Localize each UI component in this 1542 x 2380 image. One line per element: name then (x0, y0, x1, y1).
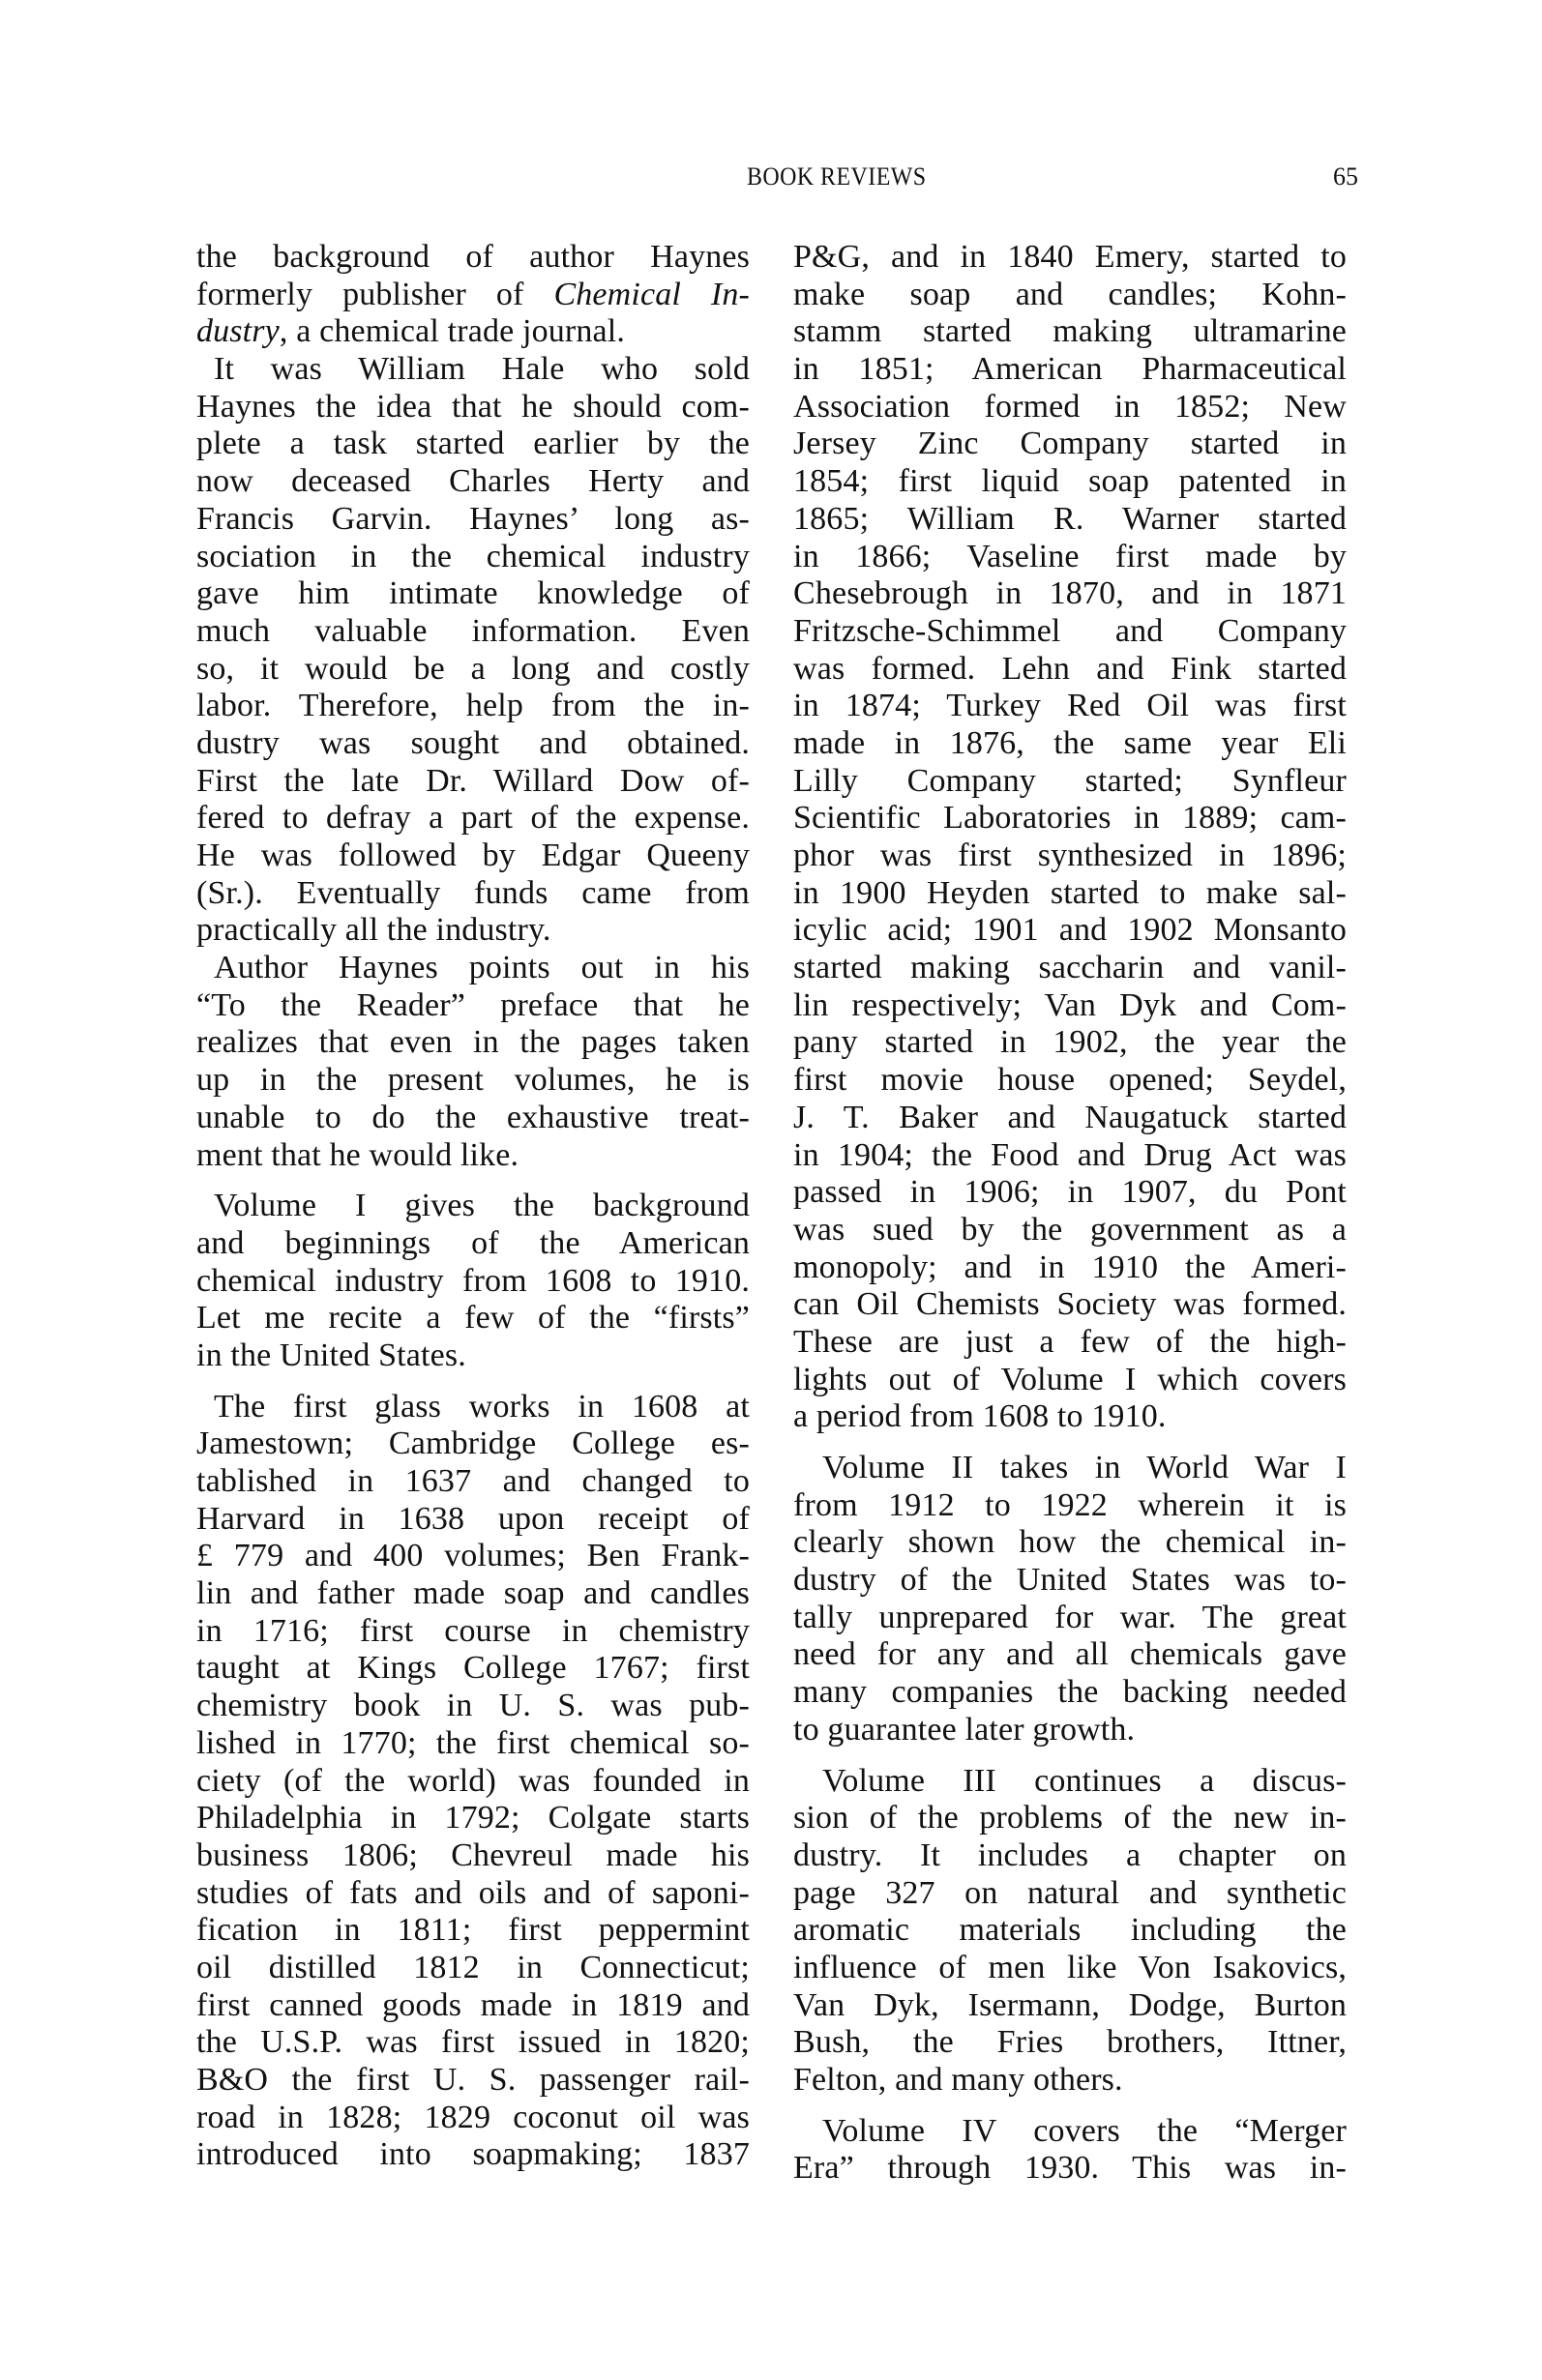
text-line: Era” through 1930. This was in- (793, 2150, 1347, 2188)
text-line: formerly publisher of Chemical In- (196, 277, 750, 314)
text-line: Fritzsche-Schimmel and Company (793, 613, 1347, 651)
text-line: Jersey Zinc Company started in (793, 426, 1347, 463)
text-line: first canned goods made in 1819 and (196, 1987, 750, 2025)
page-number: 65 (1333, 162, 1358, 191)
text-line: ciety (of the world) was founded in (196, 1763, 750, 1801)
text-line: road in 1828; 1829 coconut oil was (196, 2100, 750, 2137)
text-line: stamm started making ultramarine (793, 313, 1347, 351)
text-line: These are just a few of the high- (793, 1324, 1347, 1362)
text-line: made in 1876, the same year Eli (793, 725, 1347, 763)
paragraph-volume-three: Volume III continues a discus- sion of t… (793, 1763, 1347, 2100)
text-line: in the United States. (196, 1337, 750, 1375)
text-run: formerly publisher of (196, 277, 553, 312)
text-line: introduced into soapmaking; 1837 (196, 2136, 750, 2174)
text-line: Chesebrough in 1870, and in 1871 (793, 575, 1347, 613)
text-line: icylic acid; 1901 and 1902 Monsanto (793, 912, 1347, 950)
text-line: Volume IV covers the “Merger (793, 2113, 1347, 2151)
text-line: gave him intimate knowledge of (196, 575, 750, 613)
text-line: phor was first synthesized in 1896; (793, 837, 1347, 875)
text-line: Haynes the idea that he should com- (196, 389, 750, 426)
text-line: many companies the backing needed (793, 1674, 1347, 1712)
text-run: , a chemical trade journal. (280, 313, 625, 349)
text-line: It was William Hale who sold (196, 351, 750, 389)
text-line: the background of author Haynes (196, 239, 750, 277)
text-line: in 1851; American Pharmaceutical (793, 351, 1347, 389)
text-line: from 1912 to 1922 wherein it is (793, 1487, 1347, 1525)
text-line: page 327 on natural and synthetic (793, 1875, 1347, 1913)
text-line: in 1904; the Food and Drug Act was (793, 1137, 1347, 1175)
text-line: Volume III continues a discus- (793, 1763, 1347, 1801)
text-line: in 1716; first course in chemistry (196, 1613, 750, 1651)
text-line: clearly shown how the chemical in- (793, 1524, 1347, 1562)
text-line: Van Dyk, Isermann, Dodge, Burton (793, 1987, 1347, 2025)
text-line: Philadelphia in 1792; Colgate starts (196, 1800, 750, 1837)
text-line: business 1806; Chevreul made his (196, 1837, 750, 1875)
paragraph-william-hale: It was William Hale who sold Haynes the … (196, 351, 750, 950)
text-line: “To the Reader” preface that he (196, 987, 750, 1025)
text-line: practically all the industry. (196, 912, 750, 950)
journal-title-italic: Chemical In- (553, 277, 750, 312)
text-line: and beginnings of the American (196, 1225, 750, 1263)
text-line: ment that he would like. (196, 1137, 750, 1175)
text-line: lin respectively; Van Dyk and Com- (793, 987, 1347, 1025)
text-line: sion of the problems of the new in- (793, 1800, 1347, 1837)
text-line: in 1900 Heyden started to make sal- (793, 875, 1347, 913)
paragraph-haynes-background: the background of author Haynes formerly… (196, 239, 750, 351)
text-line: lished in 1770; the first chemical so- (196, 1725, 750, 1763)
text-line: lights out of Volume I which covers (793, 1362, 1347, 1399)
text-line: in 1866; Vaseline first made by (793, 539, 1347, 576)
text-line: dustry, a chemical trade journal. (196, 313, 750, 351)
text-line: started making saccharin and vanil- (793, 950, 1347, 987)
text-line: aromatic materials including the (793, 1912, 1347, 1950)
text-line: studies of fats and oils and of saponi- (196, 1875, 750, 1913)
text-line: Harvard in 1638 upon receipt of (196, 1501, 750, 1539)
text-line: labor. Therefore, help from the in- (196, 688, 750, 725)
text-line: 1854; first liquid soap patented in (793, 463, 1347, 501)
text-line: £ 779 and 400 volumes; Ben Frank- (196, 1538, 750, 1575)
text-line: chemistry book in U. S. was pub- (196, 1688, 750, 1725)
text-line: so, it would be a long and costly (196, 651, 750, 689)
text-line: Bush, the Fries brothers, Ittner, (793, 2024, 1347, 2062)
text-line: J. T. Baker and Naugatuck started (793, 1100, 1347, 1137)
text-line: plete a task started earlier by the (196, 426, 750, 463)
text-line: lin and father made soap and candles (196, 1575, 750, 1613)
text-line: can Oil Chemists Society was formed. (793, 1286, 1347, 1324)
text-line: influence of men like Von Isakovics, (793, 1950, 1347, 1987)
text-line: First the late Dr. Willard Dow of- (196, 763, 750, 801)
paragraph-to-the-reader: Author Haynes points out in his “To the … (196, 950, 750, 1174)
text-line: Author Haynes points out in his (196, 950, 750, 987)
text-line: much valuable information. Even (196, 613, 750, 651)
text-line: Association formed in 1852; New (793, 389, 1347, 426)
text-line: unable to do the exhaustive treat- (196, 1100, 750, 1137)
right-column: P&G, and in 1840 Emery, started to make … (793, 239, 1347, 2188)
text-line: passed in 1906; in 1907, du Pont (793, 1174, 1347, 1212)
text-line: P&G, and in 1840 Emery, started to (793, 239, 1347, 277)
text-line: (Sr.). Eventually funds came from (196, 875, 750, 913)
text-line: taught at Kings College 1767; first (196, 1650, 750, 1688)
text-line: sociation in the chemical industry (196, 539, 750, 576)
text-line: Lilly Company started; Synfleur (793, 763, 1347, 801)
text-line: to guarantee later growth. (793, 1712, 1347, 1749)
text-line: tablished in 1637 and changed to (196, 1463, 750, 1501)
text-line: fication in 1811; first peppermint (196, 1912, 750, 1950)
journal-title-italic: dustry (196, 313, 280, 349)
text-line: dustry. It includes a chapter on (793, 1837, 1347, 1875)
text-line: Volume I gives the background (196, 1188, 750, 1225)
text-line: Volume II takes in World War I (793, 1450, 1347, 1487)
text-line: He was followed by Edgar Queeny (196, 837, 750, 875)
text-line: first movie house opened; Seydel, (793, 1062, 1347, 1100)
text-line: a period from 1608 to 1910. (793, 1398, 1347, 1436)
paragraph-firsts-continued: P&G, and in 1840 Emery, started to make … (793, 239, 1347, 1436)
text-line: tally unprepared for war. The great (793, 1600, 1347, 1637)
left-column: the background of author Haynes formerly… (196, 239, 750, 2174)
text-line: 1865; William R. Warner started (793, 501, 1347, 539)
text-line: realizes that even in the pages taken (196, 1024, 750, 1062)
text-line: up in the present volumes, he is (196, 1062, 750, 1100)
text-line: need for any and all chemicals gave (793, 1636, 1347, 1674)
text-line: make soap and candles; Kohn- (793, 277, 1347, 314)
text-line: oil distilled 1812 in Connecticut; (196, 1950, 750, 1987)
text-line: The first glass works in 1608 at (196, 1389, 750, 1426)
text-line: was sued by the government as a (793, 1212, 1347, 1249)
text-line: Felton, and many others. (793, 2062, 1347, 2100)
text-line: chemical industry from 1608 to 1910. (196, 1263, 750, 1301)
paragraph-firsts-list: The first glass works in 1608 at Jamesto… (196, 1389, 750, 2174)
text-line: pany started in 1902, the year the (793, 1024, 1347, 1062)
text-line: Let me recite a few of the “firsts” (196, 1300, 750, 1337)
text-line: dustry was sought and obtained. (196, 725, 750, 763)
text-line: was formed. Lehn and Fink started (793, 651, 1347, 689)
text-line: B&O the first U. S. passenger rail- (196, 2062, 750, 2100)
text-line: in 1874; Turkey Red Oil was first (793, 688, 1347, 725)
paragraph-volume-one: Volume I gives the background and beginn… (196, 1188, 750, 1374)
text-line: the U.S.P. was first issued in 1820; (196, 2024, 750, 2062)
text-line: now deceased Charles Herty and (196, 463, 750, 501)
paragraph-volume-four: Volume IV covers the “Merger Era” throug… (793, 2113, 1347, 2188)
text-line: monopoly; and in 1910 the Ameri- (793, 1249, 1347, 1287)
text-line: Scientific Laboratories in 1889; cam- (793, 800, 1347, 837)
paragraph-volume-two: Volume II takes in World War I from 1912… (793, 1450, 1347, 1749)
text-line: fered to defray a part of the expense. (196, 800, 750, 837)
running-head: BOOK REVIEWS (747, 162, 927, 191)
text-line: Francis Garvin. Haynes’ long as- (196, 501, 750, 539)
text-line: Jamestown; Cambridge College es- (196, 1425, 750, 1463)
text-line: dustry of the United States was to- (793, 1562, 1347, 1600)
